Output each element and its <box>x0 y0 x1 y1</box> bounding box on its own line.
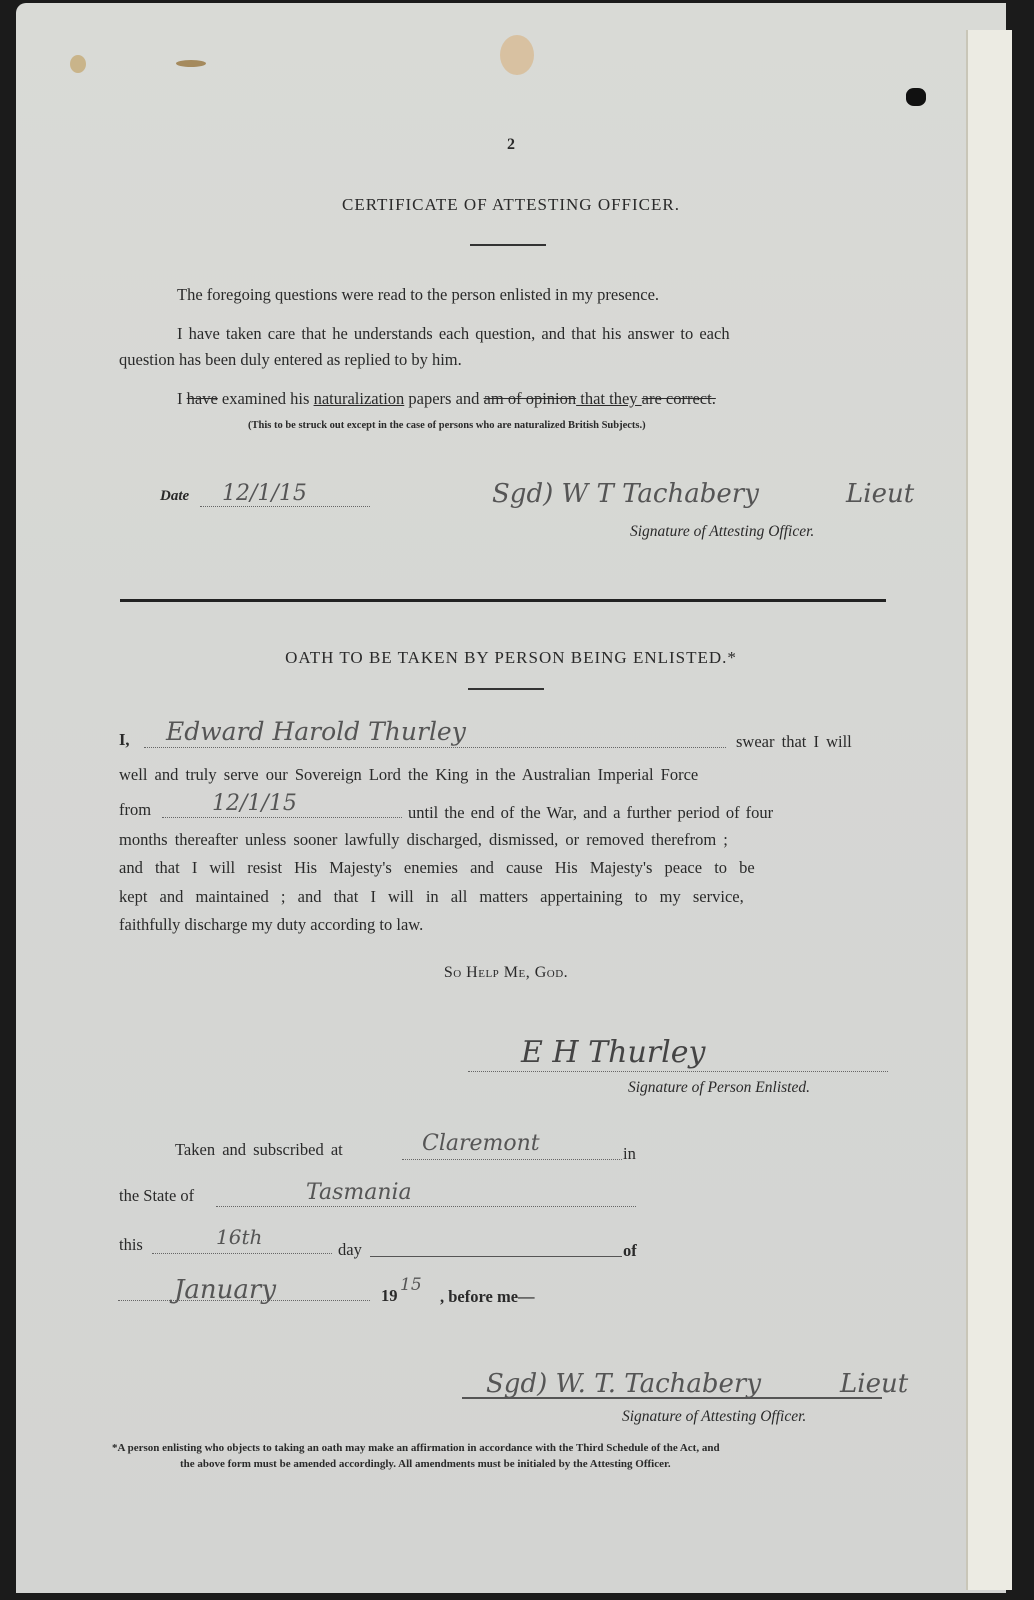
day-month-line <box>370 1256 622 1257</box>
date-field-line <box>200 506 370 507</box>
attesting-officer-signature: Sgd) W. T. Tachabery <box>486 1369 761 1399</box>
officer-signature-caption: Signature of Attesting Officer. <box>630 523 814 541</box>
certificate-para-2-line1: I have taken care that he understands ea… <box>177 324 730 344</box>
divider <box>468 688 544 690</box>
text: examined his <box>218 389 314 408</box>
rust-stain <box>70 55 86 73</box>
certificate-para-2-line2: question has been duly entered as replie… <box>119 350 462 370</box>
underlying-sheet-edge <box>966 30 1012 1590</box>
rust-stain <box>500 35 534 75</box>
text: I <box>177 389 187 408</box>
state-value: Tasmania <box>306 1180 412 1205</box>
punch-hole <box>906 88 926 106</box>
attesting-officer-caption: Signature of Attesting Officer. <box>622 1408 806 1426</box>
struck-text: am of opinion <box>484 389 577 408</box>
before-me-label: , before me— <box>440 1287 535 1307</box>
certificate-para-1: The foregoing questions were read to the… <box>177 285 659 305</box>
from-date: 12/1/15 <box>212 791 297 816</box>
date-label: Date <box>160 488 189 505</box>
place-value: Claremont <box>422 1131 540 1156</box>
enlisted-signature: E H Thurley <box>521 1035 705 1070</box>
struck-text: have <box>187 389 218 408</box>
officer-rank: Lieut <box>846 479 914 509</box>
this-label: this <box>119 1235 143 1255</box>
day-field-line <box>152 1253 332 1254</box>
day-value: 16th <box>216 1225 262 1249</box>
day-label: day <box>338 1240 362 1260</box>
underlined-text: that they <box>576 389 642 408</box>
of-label: of <box>623 1241 637 1261</box>
certificate-title: CERTIFICATE OF ATTESTING OFFICER. <box>16 195 1006 215</box>
oath-line-3: until the end of the War, and a further … <box>408 803 773 823</box>
state-field-line <box>216 1206 636 1207</box>
officer-signature: Sgd) W T Tachabery <box>492 479 759 509</box>
oath-pronoun: I, <box>119 730 130 750</box>
rust-stain <box>176 60 206 67</box>
from-date-field-line <box>162 817 402 818</box>
oath-line-2: well and truly serve our Sovereign Lord … <box>119 765 698 785</box>
oath-swear: swear that I will <box>736 732 852 752</box>
enlisted-signature-line <box>468 1071 888 1072</box>
date-value: 12/1/15 <box>222 481 307 506</box>
footnote-line-1: *A person enlisting who objects to takin… <box>112 1442 720 1454</box>
oath-line-4: months thereafter unless sooner lawfully… <box>119 830 728 850</box>
oath-title: OATH TO BE TAKEN BY PERSON BEING ENLISTE… <box>16 648 1006 668</box>
section-divider <box>120 599 886 602</box>
naturalization-statement: I have examined his naturalization paper… <box>177 389 716 409</box>
from-label: from <box>119 800 151 820</box>
oath-closing: So Help Me, God. <box>16 964 996 982</box>
document-page: 2 CERTIFICATE OF ATTESTING OFFICER. The … <box>16 3 1006 1593</box>
enlisted-signature-caption: Signature of Person Enlisted. <box>628 1079 810 1097</box>
strike-out-note: (This to be struck out except in the cas… <box>248 420 646 431</box>
oath-line-6: kept and maintained ; and that I will in… <box>119 887 744 907</box>
state-label: the State of <box>119 1186 194 1206</box>
enlistee-name: Edward Harold Thurley <box>166 717 466 746</box>
struck-text: are correct. <box>642 389 716 408</box>
text: papers and <box>404 389 483 408</box>
underlined-text: naturalization <box>314 389 405 408</box>
place-field-line <box>402 1159 622 1160</box>
in-label: in <box>623 1144 636 1164</box>
name-field-line <box>144 747 726 748</box>
attesting-officer-rank: Lieut <box>840 1369 908 1399</box>
oath-line-5: and that I will resist His Majesty's ene… <box>119 858 755 878</box>
month-value: January <box>174 1275 276 1305</box>
year-suffix: 15 <box>400 1275 422 1295</box>
year-prefix: 19 <box>381 1286 398 1306</box>
divider <box>470 244 546 246</box>
page-number: 2 <box>16 136 1006 154</box>
oath-line-7: faithfully discharge my duty according t… <box>119 915 423 935</box>
footnote-line-2: the above form must be amended according… <box>180 1458 671 1470</box>
taken-subscribed-label: Taken and subscribed at <box>175 1140 343 1160</box>
